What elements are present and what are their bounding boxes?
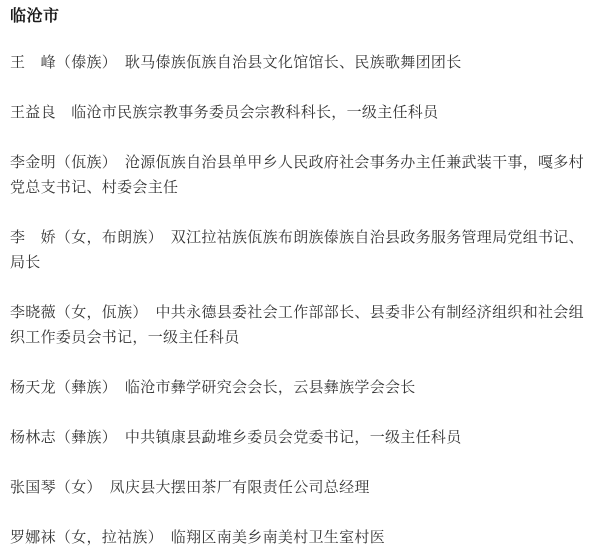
roster-entry: 李金明（佤族） 沧源佤族自治县单甲乡人民政府社会事务办主任兼武装干事，嘎多村 党…	[10, 150, 599, 200]
roster-entry: 李 娇（女，布朗族） 双江拉祜族佤族布朗族傣族自治县政务服务管理局党组书记、 局…	[10, 225, 599, 275]
roster-entry: 王 峰（傣族） 耿马傣族佤族自治县文化馆馆长、民族歌舞团团长	[10, 50, 599, 75]
roster-entry: 杨天龙（彝族） 临沧市彝学研究会会长，云县彝族学会会长	[10, 375, 599, 400]
roster-entry: 罗娜袜（女，拉祜族） 临翔区南美乡南美村卫生室村医	[10, 525, 599, 548]
roster-entry: 杨林志（彝族） 中共镇康县勐堆乡委员会党委书记，一级主任科员	[10, 425, 599, 450]
section-title: 临沧市	[10, 7, 599, 25]
roster-entry: 王益良 临沧市民族宗教事务委员会宗教科科长，一级主任科员	[10, 100, 599, 125]
roster-entry: 张国琴（女） 凤庆县大摆田茶厂有限责任公司总经理	[10, 475, 599, 500]
document-page: 临沧市 王 峰（傣族） 耿马傣族佤族自治县文化馆馆长、民族歌舞团团长 王益良 临…	[0, 0, 605, 548]
roster-entry: 李晓薇（女，佤族） 中共永德县委社会工作部部长、县委非公有制经济组织和社会组 织…	[10, 300, 599, 350]
